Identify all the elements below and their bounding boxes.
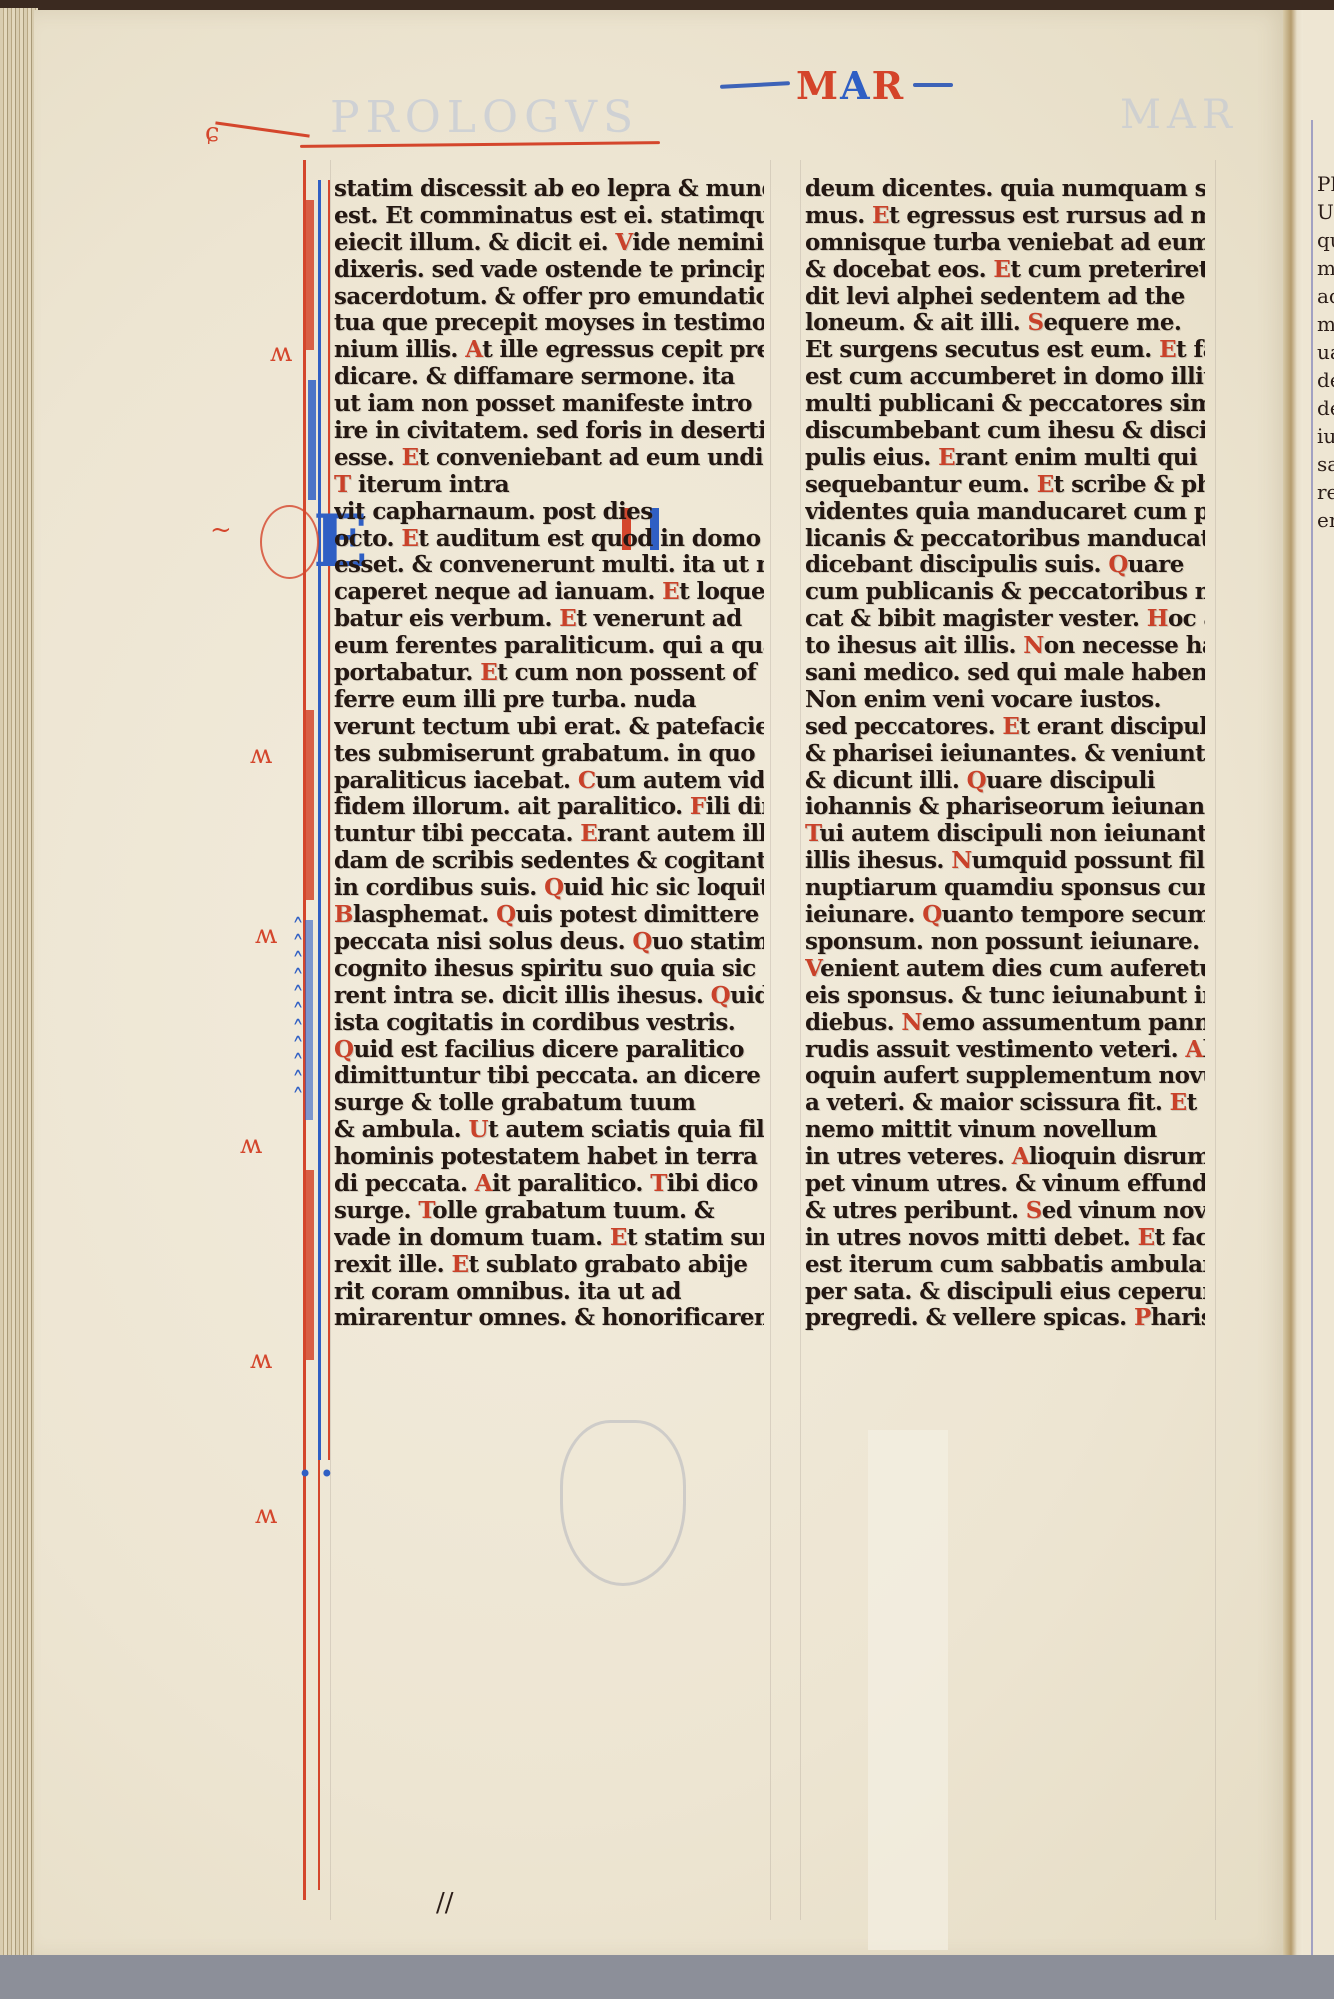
rubricated-capital: C xyxy=(578,768,596,794)
line-text: uid hic sic loquitur. xyxy=(564,875,764,901)
line-text: t xyxy=(1187,1090,1197,1116)
line-text: est iterum cum sabbatis ambularet xyxy=(805,1252,1205,1278)
rubricated-capital: E xyxy=(1037,472,1054,498)
line-text: & utres peribunt. xyxy=(805,1198,1026,1224)
ruling-line-left-b xyxy=(800,160,801,1920)
rubricated-capital: E xyxy=(402,445,419,471)
rubricated-capital: Q xyxy=(334,1037,353,1063)
manuscript-line: di peccata. Ait paralitico. Tibi dico xyxy=(334,1171,764,1198)
manuscript-line: a veteri. & maior scissura fit. Et xyxy=(805,1090,1205,1117)
line-text: est. Et comminatus est ei. statimque xyxy=(334,203,764,229)
manuscript-line: est. Et comminatus est ei. statimque xyxy=(334,203,764,230)
rubricated-capital: Q xyxy=(632,929,651,955)
line-text: per sata. & discipuli eius ceperunt xyxy=(805,1279,1205,1305)
line-text: t erant discipuli iohan xyxy=(1019,714,1205,740)
line-text: uo statim xyxy=(652,929,764,955)
manuscript-line: pregredi. & vellere spicas. Pharisei xyxy=(805,1305,1205,1332)
line-text: ferre eum illi pre turba. nuda xyxy=(334,687,696,713)
line-text: rudis assuit vestimento veteri. xyxy=(805,1037,1185,1063)
line-text: eis sponsus. & tunc ieiunabunt in illis xyxy=(805,983,1205,1009)
line-text: dicebant discipulis suis. xyxy=(805,552,1108,578)
manuscript-line: & ambula. Ut autem sciatis quia filius xyxy=(334,1117,764,1144)
facing-page-line: Uc xyxy=(1317,198,1334,226)
line-text: t factum xyxy=(1155,1225,1205,1251)
line-text: in utres veteres. xyxy=(805,1144,1012,1170)
manuscript-line: nuptiarum quamdiu sponsus cum illis est xyxy=(805,875,1205,902)
manuscript-line: & pharisei ieiunantes. & veniunt xyxy=(805,741,1205,768)
manuscript-line: dimittuntur tibi peccata. an dicere xyxy=(334,1063,764,1090)
line-text: & dicunt illi. xyxy=(805,768,967,794)
manuscript-line: esset. & convenerunt multi. ita ut non xyxy=(334,552,764,579)
line-text: pet vinum utres. & vinum effunditur. xyxy=(805,1171,1205,1197)
manuscript-line: multi publicani & peccatores simul xyxy=(805,391,1205,418)
line-text: & ambula. xyxy=(334,1117,468,1143)
line-text: illis ihesus. xyxy=(805,848,951,874)
rubricated-capital: E xyxy=(580,821,597,847)
manuscript-line: rit coram omnibus. ita ut ad xyxy=(334,1279,764,1306)
line-text: rexit ille. xyxy=(334,1252,452,1278)
rubricated-capital: E xyxy=(1002,714,1019,740)
bleed-through-running-head: PROLOGVS xyxy=(330,92,639,143)
rubricated-capital: Q xyxy=(544,875,563,901)
rubricated-capital: Q xyxy=(711,983,730,1009)
manuscript-line: esse. Et conveniebant ad eum undique. xyxy=(334,445,764,472)
manuscript-line: sacerdotum. & offer pro emundatione xyxy=(334,284,764,311)
line-text: peccata nisi solus deus. xyxy=(334,929,632,955)
manuscript-line: nium illis. At ille egressus cepit pre xyxy=(334,337,764,364)
facing-page-edge: PhUcqumeaqmauadedeiusareen xyxy=(1303,10,1334,1958)
line-text: t ille egressus cepit pre xyxy=(482,337,764,363)
line-text: equere me. xyxy=(1044,310,1182,336)
line-text: in utres novos mitti debet. xyxy=(805,1225,1138,1251)
line-text: dam de scribis sedentes & cogitantes xyxy=(334,848,764,874)
rubricated-capital: N xyxy=(951,848,971,874)
running-head: MAR xyxy=(720,60,953,110)
rubricated-capital: E xyxy=(610,1225,627,1251)
line-text: t autem sciatis quia filius xyxy=(488,1117,764,1143)
manuscript-line: videntes quia manducaret cum pub xyxy=(805,499,1205,526)
rubricated-capital: S xyxy=(1026,1198,1042,1224)
line-text: ui autem discipuli non ieiunant. xyxy=(819,821,1205,847)
facing-page-line: Ph xyxy=(1317,170,1334,198)
line-text: statim discessit ab eo lepra & mundatus xyxy=(334,176,764,202)
rubricated-capital: T xyxy=(418,1198,432,1224)
line-text: uare discipuli xyxy=(986,768,1155,794)
blue-pen-flourish-icon xyxy=(720,81,790,89)
rubricated-capital: P xyxy=(1134,1305,1151,1331)
line-text: Non enim veni vocare iustos. xyxy=(805,687,1161,713)
line-text: discumbebant cum ihesu & disci xyxy=(805,418,1205,444)
line-text: t cum preteriret vi xyxy=(1010,257,1205,283)
line-text: ide nemini xyxy=(632,230,763,256)
rubricated-capital: A xyxy=(1012,1144,1029,1170)
line-text: sacerdotum. & offer pro emundatione xyxy=(334,284,764,310)
manuscript-line: cognito ihesus spiritu suo quia sic cogi… xyxy=(334,956,764,983)
manuscript-line: vade in domum tuam. Et statim sur xyxy=(334,1225,764,1252)
text-column-left: statim discessit ab eo lepra & mundatuse… xyxy=(334,176,764,1332)
manuscript-line: caperet neque ad ianuam. Et loque xyxy=(334,579,764,606)
manuscript-line: licanis & peccatoribus manducat. xyxy=(805,526,1205,553)
line-text: uid est facilius dicere paralitico xyxy=(353,1037,743,1063)
line-text: t loque xyxy=(679,579,764,605)
running-head-letter-r: R xyxy=(872,63,906,108)
line-text: rent intra se. dicit illis ihesus. xyxy=(334,983,711,1009)
line-text: lioquin disrum xyxy=(1029,1144,1205,1170)
line-text: li xyxy=(1203,1037,1205,1063)
line-text: ista cogitatis in cordibus vestris. xyxy=(334,1010,735,1036)
line-text: t egressus est rursus ad mare. xyxy=(889,203,1205,229)
line-text: t venerunt ad xyxy=(576,606,741,632)
line-text: rant autem illic qui xyxy=(597,821,764,847)
rubricated-capital: T xyxy=(805,821,819,847)
manuscript-line: dixeris. sed vade ostende te principibus xyxy=(334,257,764,284)
line-text: tes submiserunt grabatum. in quo xyxy=(334,741,755,767)
facing-page-line: en xyxy=(1317,506,1334,534)
rubricated-capital: A xyxy=(1185,1037,1202,1063)
line-text: in cordibus suis. xyxy=(334,875,544,901)
line-text: nuptiarum quamdiu sponsus cum illis est xyxy=(805,875,1205,901)
line-text: vade in domum tuam. xyxy=(334,1225,610,1251)
manuscript-line: ista cogitatis in cordibus vestris. xyxy=(334,1010,764,1037)
line-text: t auditum est quod in domo esset xyxy=(418,526,764,552)
facing-page-line: ma xyxy=(1317,310,1334,338)
manuscript-line: in utres veteres. Alioquin disrum xyxy=(805,1144,1205,1171)
line-text: caperet neque ad ianuam. xyxy=(334,579,662,605)
rubricated-capital: E xyxy=(1159,337,1176,363)
line-text: iterum intra xyxy=(351,472,510,498)
manuscript-line: Et surgens secutus est eum. Et factum xyxy=(805,337,1205,364)
line-text: eiecit illum. & dicit ei. xyxy=(334,230,615,256)
line-text: vit capharnaum. post dies xyxy=(334,499,653,525)
line-text: t conveniebant ad eum undique. xyxy=(419,445,764,471)
rubricated-capital: N xyxy=(901,1010,921,1036)
manuscript-line: surge & tolle grabatum tuum xyxy=(334,1090,764,1117)
manuscript-line: Blasphemat. Quis potest dimittere xyxy=(334,902,764,929)
red-flourish-icon: ʍ xyxy=(250,1345,272,1375)
line-text: dimittuntur tibi peccata. an dicere xyxy=(334,1063,760,1089)
running-head-letters: MAR xyxy=(796,63,905,108)
backdrop-bottom xyxy=(0,1955,1334,1999)
manuscript-line: ieiunare. Quanto tempore secum habent xyxy=(805,902,1205,929)
facing-page-line: aq xyxy=(1317,282,1334,310)
manuscript-line: eis sponsus. & tunc ieiunabunt in illis xyxy=(805,983,1205,1010)
initial-i-blue-fill-1 xyxy=(308,380,316,500)
manuscript-line: illis ihesus. Numquid possunt filii xyxy=(805,848,1205,875)
manuscript-line: dicebant discipulis suis. Quare xyxy=(805,552,1205,579)
rubricated-capital: N xyxy=(1023,633,1043,659)
line-text: pregredi. & vellere spicas. xyxy=(805,1305,1134,1331)
ruling-line-right-a xyxy=(770,160,771,1920)
manuscript-line: nemo mittit vinum novellum xyxy=(805,1117,1205,1144)
manuscript-line: pet vinum utres. & vinum effunditur. xyxy=(805,1171,1205,1198)
manuscript-line: octo. Et auditum est quod in domo esset xyxy=(334,526,764,553)
manuscript-line: rudis assuit vestimento veteri. Ali xyxy=(805,1037,1205,1064)
line-text: oquin aufert supplementum novum xyxy=(805,1063,1205,1089)
line-text: ili dimit xyxy=(706,794,764,820)
manuscript-line: ut iam non posset manifeste intro xyxy=(334,391,764,418)
line-text: dixeris. sed vade ostende te principibus xyxy=(334,257,764,283)
initial-i-blue-stem xyxy=(318,180,321,1460)
initial-i-red-tail xyxy=(318,1460,320,1890)
manuscript-line: mirarentur omnes. & honorificarent xyxy=(334,1305,764,1332)
rubricated-capital: E xyxy=(662,579,679,605)
facing-page-line: iu xyxy=(1317,422,1334,450)
rubricated-capital: H xyxy=(1147,606,1168,632)
manuscript-line: eum ferentes paraliticum. qui a quatuor xyxy=(334,633,764,660)
manuscript-line: dicare. & diffamare sermone. ita xyxy=(334,364,764,391)
manuscript-line: sani medico. sed qui male habent. xyxy=(805,660,1205,687)
paper-repair-strip xyxy=(868,1430,948,1950)
line-text: sequebantur eum. xyxy=(805,472,1037,498)
red-flourish-icon: ʍ xyxy=(255,1500,277,1530)
line-text: ut iam non posset manifeste intro xyxy=(334,391,752,417)
manuscript-line: oquin aufert supplementum novum xyxy=(805,1063,1205,1090)
line-text: ed vinum novum xyxy=(1042,1198,1205,1224)
rubricated-capital: V xyxy=(805,956,820,982)
red-flourish-icon: ~ xyxy=(210,515,232,545)
line-text: cum publicanis & peccatoribus mandu xyxy=(805,579,1205,605)
line-text: ibi dico xyxy=(667,1171,758,1197)
line-text: Et surgens secutus est eum. xyxy=(805,337,1159,363)
line-text: uis potest dimittere xyxy=(516,902,759,928)
red-flourish-icon: ʍ xyxy=(255,920,277,950)
line-text: uare xyxy=(1128,552,1184,578)
manuscript-line: Venient autem dies cum auferetur ab xyxy=(805,956,1205,983)
line-text: ieiunare. xyxy=(805,902,922,928)
manuscript-line: diebus. Nemo assumentum panni xyxy=(805,1010,1205,1037)
line-text: emo assumentum panni xyxy=(922,1010,1205,1036)
line-text: paraliticus iacebat. xyxy=(334,768,578,794)
line-text: verunt tectum ubi erat. & patefacien xyxy=(334,714,764,740)
facing-page-line: me xyxy=(1317,254,1334,282)
rubricated-capital: Q xyxy=(496,902,515,928)
line-text: t sublato grabato abije xyxy=(468,1252,747,1278)
manuscript-line: sequebantur eum. Et scribe & pharisei xyxy=(805,472,1205,499)
manuscript-line: per sata. & discipuli eius ceperunt xyxy=(805,1279,1205,1306)
manuscript-line: mus. Et egressus est rursus ad mare. xyxy=(805,203,1205,230)
manuscript-line: portabatur. Et cum non possent of xyxy=(334,660,764,687)
line-text: loneum. & ait illi. xyxy=(805,310,1028,336)
ruling-line-left-a xyxy=(330,160,331,1920)
manuscript-line: cum publicanis & peccatoribus mandu xyxy=(805,579,1205,606)
manuscript-line: statim discessit ab eo lepra & mundatus xyxy=(334,176,764,203)
line-text: di peccata. xyxy=(334,1171,475,1197)
line-text: sani medico. sed qui male habent. xyxy=(805,660,1205,686)
line-text: lasphemat. xyxy=(353,902,496,928)
stacked-page-edges xyxy=(0,8,38,1958)
red-flourish-icon: ʍ xyxy=(270,338,292,368)
line-text: & pharisei ieiunantes. & veniunt xyxy=(805,741,1205,767)
line-text: sponsum. non possunt ieiunare. xyxy=(805,929,1200,955)
line-text: esset. & convenerunt multi. ita ut non xyxy=(334,552,764,578)
manuscript-line: Non enim veni vocare iustos. xyxy=(805,687,1205,714)
manuscript-line: eiecit illum. & dicit ei. Vide nemini xyxy=(334,230,764,257)
manuscript-line: omnisque turba veniebat ad eum. xyxy=(805,230,1205,257)
manuscript-line: Tui autem discipuli non ieiunant. Et ait xyxy=(805,821,1205,848)
line-text: uid xyxy=(730,983,764,1009)
line-text: dit levi alphei sedentem ad the xyxy=(805,284,1185,310)
line-text: mirarentur omnes. & honorificarent xyxy=(334,1305,764,1331)
initial-i-red-fill-3 xyxy=(306,1170,314,1360)
line-text: a veteri. & maior scissura fit. xyxy=(805,1090,1170,1116)
manuscript-line: tuntur tibi peccata. Erant autem illic q… xyxy=(334,821,764,848)
ruling-line-right-b xyxy=(1215,160,1216,1920)
line-text: harisei xyxy=(1151,1305,1205,1331)
line-text: mus. xyxy=(805,203,872,229)
manuscript-line: verunt tectum ubi erat. & patefacien xyxy=(334,714,764,741)
facing-page-line: ua xyxy=(1317,338,1334,366)
facing-page-line: re xyxy=(1317,478,1334,506)
line-text: umquid possunt filii xyxy=(972,848,1205,874)
running-head-letter-m: M xyxy=(796,63,840,108)
line-text: rant enim multi qui xyxy=(955,445,1197,471)
line-text: it paralitico. xyxy=(492,1171,650,1197)
facing-page-line: qu xyxy=(1317,226,1334,254)
line-text: octo. xyxy=(334,526,401,552)
rubricated-capital: A xyxy=(465,337,482,363)
line-text: pulis eius. xyxy=(805,445,938,471)
manuscript-line: tua que precepit moyses in testimo xyxy=(334,310,764,337)
line-text: iohannis & phariseorum ieiunant. xyxy=(805,794,1205,820)
line-text: portabatur. xyxy=(334,660,480,686)
facing-page-line: de xyxy=(1317,366,1334,394)
rubricated-capital: E xyxy=(1138,1225,1155,1251)
red-flourish-icon: ɕ xyxy=(205,118,220,148)
manuscript-line: in cordibus suis. Quid hic sic loquitur. xyxy=(334,875,764,902)
line-text: ire in civitatem. sed foris in desertis … xyxy=(334,418,764,444)
quire-mark: // xyxy=(436,1888,454,1918)
manuscript-line: batur eis verbum. Et venerunt ad xyxy=(334,606,764,633)
manuscript-line: rexit ille. Et sublato grabato abije xyxy=(334,1252,764,1279)
rubricated-capital: Q xyxy=(1108,552,1127,578)
manuscript-photograph: PROLOGVS MAR MAR ɕ ʍ ~ ʍ ʍ ʍ ʍ ʍ ˄˄˄˄˄˄˄… xyxy=(0,0,1334,1999)
manuscript-line: & utres peribunt. Sed vinum novum xyxy=(805,1198,1205,1225)
manuscript-line: iohannis & phariseorum ieiunant. xyxy=(805,794,1205,821)
facing-page-line: de xyxy=(1317,394,1334,422)
line-text: um autem vidisset ihesus xyxy=(596,768,764,794)
line-text: oc audi xyxy=(1168,606,1205,632)
manuscript-line: dit levi alphei sedentem ad the xyxy=(805,284,1205,311)
manuscript-line: surge. Tolle grabatum tuum. & xyxy=(334,1198,764,1225)
manuscript-line: ire in civitatem. sed foris in desertis … xyxy=(334,418,764,445)
line-text: rit coram omnibus. ita ut ad xyxy=(334,1279,681,1305)
line-text: deum dicentes. quia numquam sic vidi xyxy=(805,176,1205,202)
initial-i-red-stem-inner xyxy=(328,180,330,1460)
manuscript-line: vit capharnaum. post dies xyxy=(334,499,764,526)
bleed-through-initial-ghost xyxy=(560,1420,686,1586)
manuscript-line: loneum. & ait illi. Sequere me. xyxy=(805,310,1205,337)
rubricated-capital: E xyxy=(993,257,1010,283)
facing-page-border xyxy=(1311,120,1313,1958)
line-text: est cum accumberet in domo illius. xyxy=(805,364,1205,390)
line-text: nemo mittit vinum novellum xyxy=(805,1117,1157,1143)
manuscript-line: sponsum. non possunt ieiunare. xyxy=(805,929,1205,956)
line-text: fidem illorum. ait paralitico. xyxy=(334,794,690,820)
line-text: multi publicani & peccatores simul xyxy=(805,391,1205,417)
rubricated-capital: A xyxy=(475,1171,492,1197)
binding-gutter xyxy=(1283,10,1303,1958)
text-column-right: deum dicentes. quia numquam sic vidimus.… xyxy=(805,176,1205,1332)
rubricated-capital: S xyxy=(1028,310,1044,336)
line-text: surge. xyxy=(334,1198,418,1224)
rubricated-capital: V xyxy=(615,230,632,256)
rubricated-capital: E xyxy=(480,660,497,686)
manuscript-line: tes submiserunt grabatum. in quo xyxy=(334,741,764,768)
manuscript-line: ferre eum illi pre turba. nuda xyxy=(334,687,764,714)
line-text: t factum xyxy=(1176,337,1205,363)
manuscript-line: rent intra se. dicit illis ihesus. Quid xyxy=(334,983,764,1010)
red-flourish-icon: ʍ xyxy=(250,740,272,770)
facing-page-text: PhUcqumeaqmauadedeiusareen xyxy=(1317,170,1334,534)
line-text: cat & bibit magister vester. xyxy=(805,606,1147,632)
line-text: batur eis verbum. xyxy=(334,606,559,632)
line-text: t statim sur xyxy=(627,1225,764,1251)
manuscript-line: to ihesus ait illis. Non necesse habent xyxy=(805,633,1205,660)
manuscript-line: paraliticus iacebat. Cum autem vidisset … xyxy=(334,768,764,795)
line-text: sed peccatores. xyxy=(805,714,1002,740)
rubricated-capital: E xyxy=(452,1252,469,1278)
manuscript-line: fidem illorum. ait paralitico. Fili dimi… xyxy=(334,794,764,821)
manuscript-line: Quid est facilius dicere paralitico xyxy=(334,1037,764,1064)
rubricated-capital: E xyxy=(559,606,576,632)
red-flourish-icon: ʍ xyxy=(240,1130,262,1160)
manuscript-line: deum dicentes. quia numquam sic vidi xyxy=(805,176,1205,203)
line-text: eum ferentes paraliticum. qui a quatuor xyxy=(334,633,764,659)
rubricated-capital: E xyxy=(872,203,889,229)
rubricated-capital: E xyxy=(1170,1090,1187,1116)
blue-pen-flourish-icon xyxy=(913,83,953,87)
manuscript-line: discumbebant cum ihesu & disci xyxy=(805,418,1205,445)
manuscript-line: est cum accumberet in domo illius. xyxy=(805,364,1205,391)
running-head-letter-a: A xyxy=(840,63,871,108)
manuscript-line: & docebat eos. Et cum preteriret vi xyxy=(805,257,1205,284)
initial-i-red-fill-2 xyxy=(306,710,314,900)
line-text: nium illis. xyxy=(334,337,465,363)
line-text: diebus. xyxy=(805,1010,901,1036)
line-text: cognito ihesus spiritu suo quia sic cogi… xyxy=(334,956,764,982)
line-text: hominis potestatem habet in terra dimitt… xyxy=(334,1144,764,1170)
rubricated-capital: E xyxy=(401,526,418,552)
manuscript-line: cat & bibit magister vester. Hoc audi xyxy=(805,606,1205,633)
line-text: & docebat eos. xyxy=(805,257,993,283)
line-text: to ihesus ait illis. xyxy=(805,633,1023,659)
initial-i-red-fill-1 xyxy=(306,200,314,350)
blue-dot-flourish-icon: • • xyxy=(298,1460,334,1488)
manuscript-line: est iterum cum sabbatis ambularet xyxy=(805,1252,1205,1279)
manuscript-line: & dicunt illi. Quare discipuli xyxy=(805,768,1205,795)
facing-page-line: sa xyxy=(1317,450,1334,478)
line-text: omnisque turba veniebat ad eum. xyxy=(805,230,1205,256)
line-text: licanis & peccatoribus manducat. xyxy=(805,526,1205,552)
manuscript-line: T iterum intra xyxy=(334,472,764,499)
line-text: enient autem dies cum auferetur ab xyxy=(820,956,1205,982)
line-text: tuntur tibi peccata. xyxy=(334,821,580,847)
rubricated-capital: F xyxy=(690,794,706,820)
line-text: olle grabatum tuum. & xyxy=(432,1198,714,1224)
manuscript-line: peccata nisi solus deus. Quo statim xyxy=(334,929,764,956)
initial-e-red-swirl xyxy=(260,505,319,579)
rubricated-capital: Q xyxy=(922,902,941,928)
rubricated-capital: E xyxy=(938,445,955,471)
line-text: tua que precepit moyses in testimo xyxy=(334,310,764,336)
line-text: on necesse habent xyxy=(1044,633,1205,659)
manuscript-line: sed peccatores. Et erant discipuli iohan xyxy=(805,714,1205,741)
line-text: videntes quia manducaret cum pub xyxy=(805,499,1205,525)
blue-scallop-flourish-icon: ˄˄˄˄˄˄˄˄˄˄˄ xyxy=(292,920,304,1107)
manuscript-line: pulis eius. Erant enim multi qui xyxy=(805,445,1205,472)
line-text: surge & tolle grabatum tuum xyxy=(334,1090,695,1116)
initial-i-blue-fill-2 xyxy=(305,920,313,1120)
